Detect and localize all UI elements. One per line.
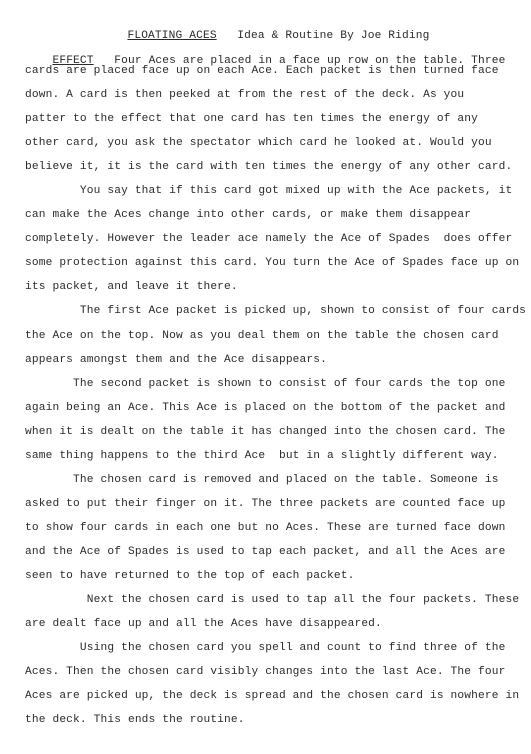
body-line: You say that if this card got mixed up w… <box>25 184 512 198</box>
body-line: patter to the effect that one card has t… <box>25 112 478 126</box>
body-line: asked to put their finger on it. The thr… <box>25 497 505 511</box>
body-line: other card, you ask the spectator which … <box>25 136 492 150</box>
body-line: can make the Aces change into other card… <box>25 208 471 222</box>
body-line: Using the chosen card you spell and coun… <box>25 641 505 655</box>
body-line: Next the chosen card is used to tap all … <box>25 593 519 607</box>
body-line: when it is dealt on the table it has cha… <box>25 425 505 439</box>
body-line: to show four cards in each one but no Ac… <box>25 521 505 535</box>
body-line: cards are placed face up on each Ace. Ea… <box>25 64 499 78</box>
body-line: same thing happens to the third Ace but … <box>25 449 499 463</box>
body-line: completely. However the leader ace namel… <box>25 232 512 246</box>
body-line: the deck. This ends the routine. <box>25 713 245 727</box>
body-line: Aces. Then the chosen card visibly chang… <box>25 665 505 679</box>
body-line: The first Ace packet is picked up, shown… <box>25 304 526 318</box>
body-line: again being an Ace. This Ace is placed o… <box>25 401 505 415</box>
body-line: are dealt face up and all the Aces have … <box>25 617 382 631</box>
body-line: down. A card is then peeked at from the … <box>25 88 464 102</box>
body-line: believe it, it is the card with ten time… <box>25 160 512 174</box>
body-line: The chosen card is removed and placed on… <box>25 473 499 487</box>
body-line: Aces are picked up, the deck is spread a… <box>25 689 519 703</box>
body-line: appears amongst them and the Ace disappe… <box>25 353 327 367</box>
body-line: and the Ace of Spades is used to tap eac… <box>25 545 505 559</box>
body-line: seen to have returned to the top of each… <box>25 569 354 583</box>
body-line: The second packet is shown to consist of… <box>25 377 505 391</box>
typewritten-page: FLOATING ACES Idea & Routine By Joe Ridi… <box>0 0 531 754</box>
body-line: the Ace on the top. Now as you deal them… <box>25 329 499 343</box>
body-line: some protection against this card. You t… <box>25 256 519 270</box>
body-line: its packet, and leave it there. <box>25 280 238 294</box>
